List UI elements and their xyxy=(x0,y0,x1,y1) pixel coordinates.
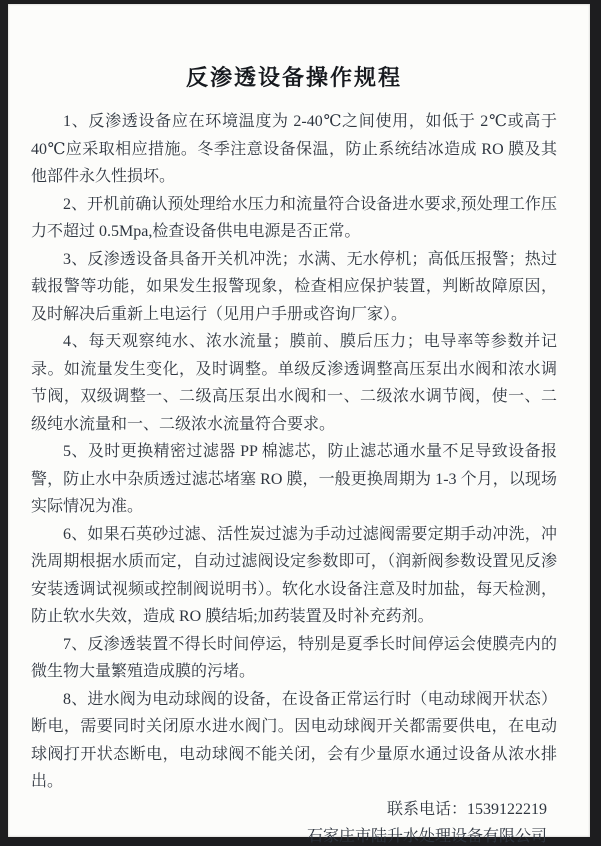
paragraph-2: 2、开机前确认预处理给水压力和流量符合设备进水要求,预处理工作压力不超过 0.5… xyxy=(31,191,557,246)
paragraph-8: 8、进水阀为电动球阀的设备，在设备正常运行时（电动球阀开状态）断电，需要同时关闭… xyxy=(31,686,557,796)
contact-phone: 联系电话：1539122219 xyxy=(31,796,557,824)
photo-frame: 反渗透设备操作规程 1、反渗透设备应在环境温度为 2-40℃之间使用，如低于 2… xyxy=(0,0,601,846)
paragraph-5: 5、及时更换精密过滤器 PP 棉滤芯，防止滤芯通水量不足导致设备报警，防止水中杂… xyxy=(31,438,557,521)
document-title: 反渗透设备操作规程 xyxy=(31,62,557,94)
paragraph-4: 4、每天观察纯水、浓水流量；膜前、膜后压力；电导率等参数并记录。如流量发生变化，… xyxy=(31,328,557,438)
paragraph-1: 1、反渗透设备应在环境温度为 2-40℃之间使用，如低于 2℃或高于 40℃应采… xyxy=(31,108,557,191)
paragraph-6: 6、如果石英砂过滤、活性炭过滤为手动过滤阀需要定期手动冲洗，冲洗周期根据水质而定… xyxy=(31,521,557,631)
company-name: 石家庄市陆升水处理设备有限公司 xyxy=(31,823,557,846)
paragraph-7: 7、反渗透装置不得长时间停运，特别是夏季长时间停运会使膜壳内的微生物大量繁殖造成… xyxy=(31,631,557,686)
paragraph-3: 3、反渗透设备具备开关机冲洗；水满、无水停机；高低压报警；热过载报警等功能，如果… xyxy=(31,246,557,329)
document-body: 1、反渗透设备应在环境温度为 2-40℃之间使用，如低于 2℃或高于 40℃应采… xyxy=(31,108,557,846)
document-page: 反渗透设备操作规程 1、反渗透设备应在环境温度为 2-40℃之间使用，如低于 2… xyxy=(8,4,590,837)
